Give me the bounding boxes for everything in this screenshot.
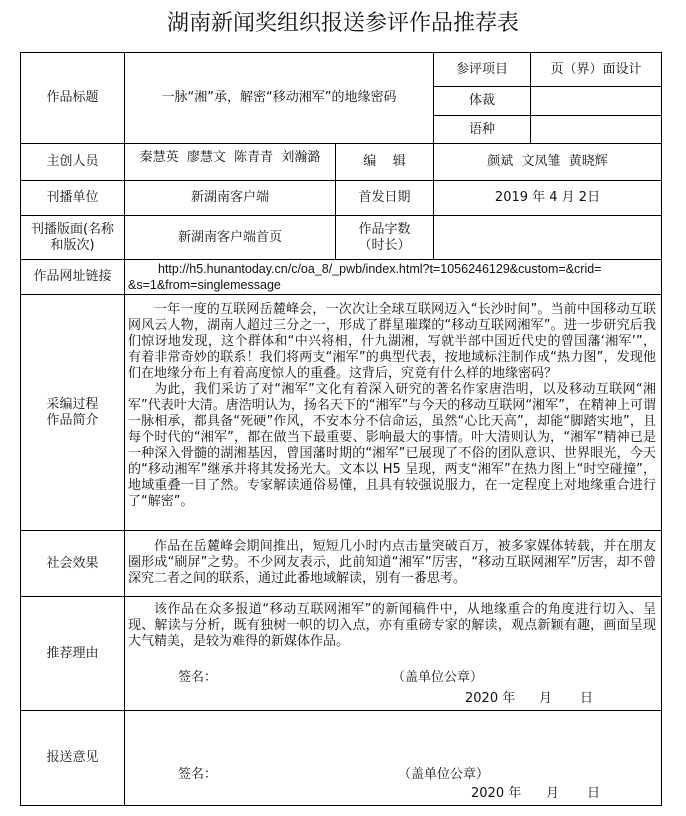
submit-day: 日 xyxy=(587,782,600,801)
form-title: 湖南新闻奖组织报送参评作品推荐表 xyxy=(0,6,686,37)
work-url-line1[interactable]: http://h5.hunantoday.cn/c/oa_8/_pwb/inde… xyxy=(158,261,658,277)
submit-year: 2020 年 xyxy=(471,782,521,801)
submit-opinion-cell xyxy=(124,710,662,806)
editors-label: 编 辑 xyxy=(335,143,434,181)
submit-month: 月 xyxy=(546,782,559,801)
editors-value: 颜斌 文凤雏 黄晓辉 xyxy=(433,143,662,181)
recommend-paragraph: 该作品在众多报道“移动互联网湘军”的新闻稿件中，从地缘重合的角度进行切入、呈现、… xyxy=(128,602,656,650)
submit-seal-label: （盖单位公章） xyxy=(398,763,489,782)
submit-opinion-label: 报送意见 xyxy=(20,710,125,806)
recommend-month: 月 xyxy=(539,687,552,706)
intro-text: 一年一度的互联网岳麓峰会，一次次让全球互联网迈入“长沙时间”。当前中国移动互联网… xyxy=(128,302,656,510)
category-value: 页（界）面设计 xyxy=(530,52,662,87)
social-effect-paragraph: 作品在岳麓峰会期间推出，短短几小时内点击量突破百万，被多家媒体转载，并在朋友圈形… xyxy=(128,539,656,587)
recommend-year: 2020 年 xyxy=(465,687,515,706)
intro-paragraph-1: 一年一度的互联网岳麓峰会，一次次让全球互联网迈入“长沙时间”。当前中国移动互联网… xyxy=(128,302,656,382)
recommendation-form-table: 作品标题 一脉“湘”承，解密“移动湘军”的地缘密码 参评项目 页（界）面设计 体… xyxy=(20,52,662,806)
page-value: 新湖南客户端首页 xyxy=(124,215,336,260)
word-count-value xyxy=(433,215,662,260)
intro-paragraph-2: 为此，我们采访了对“湘军”文化有着深入研究的著名作家唐浩明，以及移动互联网“湘军… xyxy=(128,382,656,510)
first-date-value: 2019 年 4 月 2日 xyxy=(433,180,662,216)
work-title-value: 一脉“湘”承，解密“移动湘军”的地缘密码 xyxy=(124,52,434,144)
creators-label: 主创人员 xyxy=(20,143,125,181)
submit-sign-label: 签名： xyxy=(178,763,217,782)
work-title-label: 作品标题 xyxy=(20,52,125,144)
first-date-label: 首发日期 xyxy=(335,180,434,216)
page-label: 刊播版面(名称和版次) xyxy=(20,215,125,260)
recommend-seal-label: （盖单位公章） xyxy=(392,666,483,685)
recommend-text: 该作品在众多报道“移动互联网湘军”的新闻稿件中，从地缘重合的角度进行切入、呈现、… xyxy=(128,602,656,650)
genre-value xyxy=(530,86,662,116)
publisher-value: 新湖南客户端 xyxy=(124,180,336,216)
social-effect-label: 社会效果 xyxy=(20,530,125,597)
language-label: 语种 xyxy=(433,115,531,144)
creators-value: 秦慧英 廖慧文 陈青青 刘瀚潞 xyxy=(124,143,336,181)
social-effect-text: 作品在岳麓峰会期间推出，短短几小时内点击量突破百万，被多家媒体转载，并在朋友圈形… xyxy=(128,539,656,587)
intro-label: 采编过程作品简介 xyxy=(20,294,125,531)
category-label: 参评项目 xyxy=(433,52,531,87)
url-label: 作品网址链接 xyxy=(20,259,125,295)
word-count-label: 作品字数（时长） xyxy=(335,215,434,260)
recommend-sign-label: 签名： xyxy=(178,666,217,685)
recommend-label: 推荐理由 xyxy=(20,596,125,711)
language-value xyxy=(530,115,662,144)
publisher-label: 刊播单位 xyxy=(20,180,125,216)
work-url-line2[interactable]: &s=1&from=singlemessage xyxy=(128,277,628,293)
genre-label: 体裁 xyxy=(433,86,531,116)
recommend-day: 日 xyxy=(580,687,593,706)
